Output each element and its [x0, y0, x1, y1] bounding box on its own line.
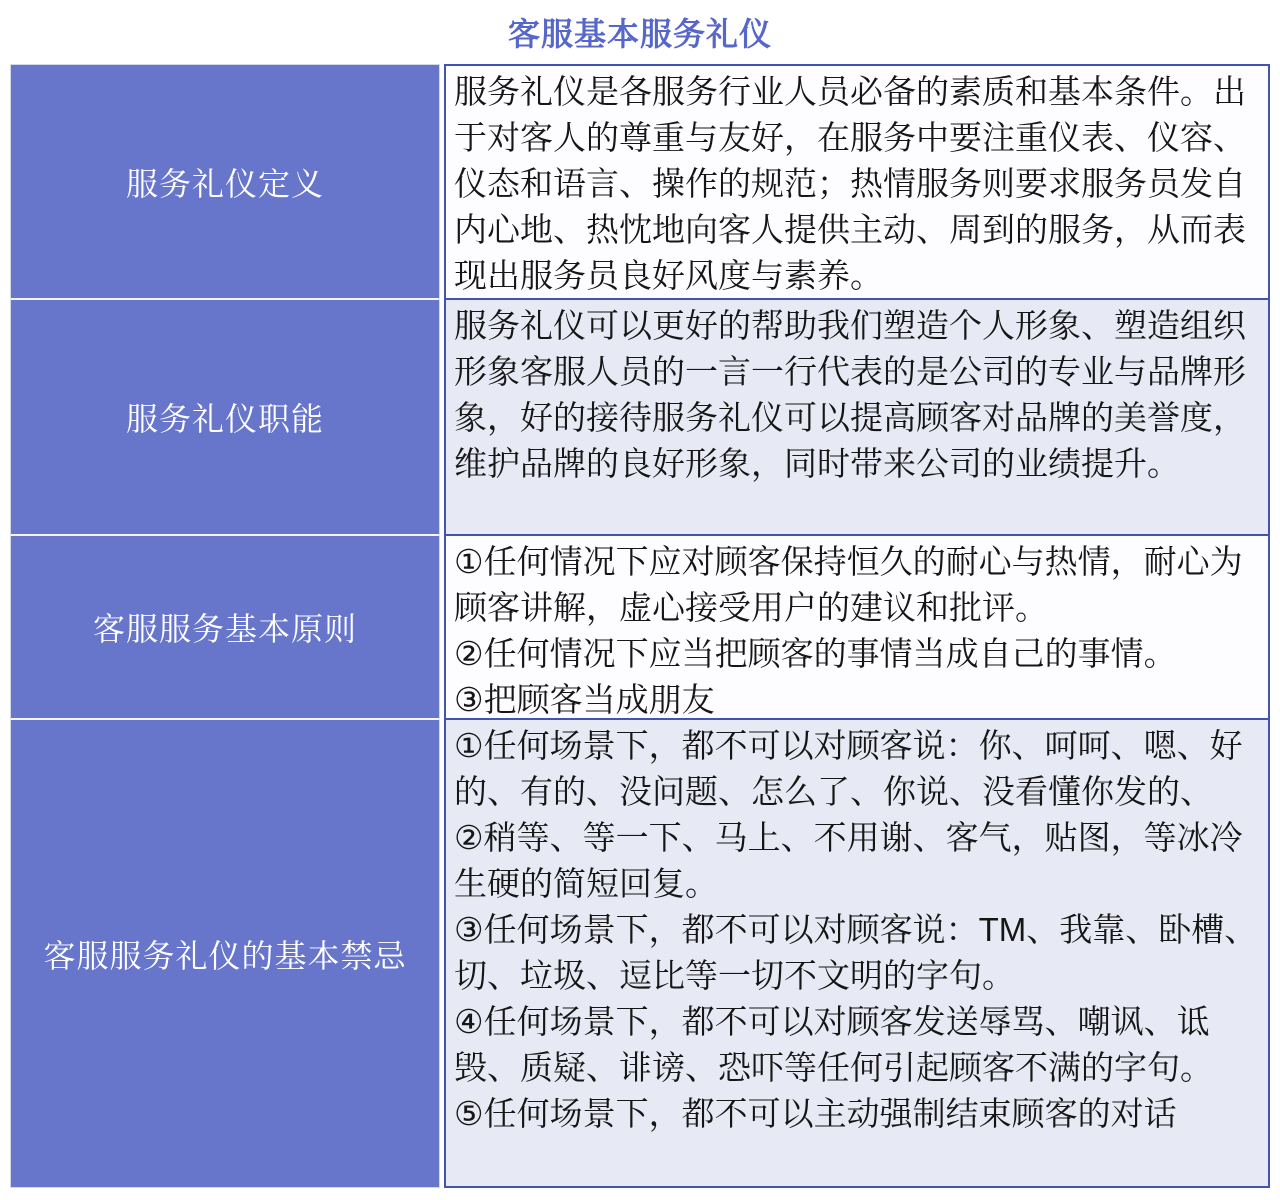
content-paragraph: ①任何场景下，都不可以对顾客说：你、呵呵、嗯、好的、有的、没问题、怎么了、你说、…	[454, 723, 1260, 815]
content-paragraph: 服务礼仪是各服务行业人员必备的素质和基本条件。出于对客人的尊重与友好，在服务中要…	[454, 69, 1260, 299]
content-paragraph: ③任何场景下，都不可以对顾客说：TM、我靠、卧槽、切、垃圾、逗比等一切不文明的字…	[454, 907, 1260, 999]
row-content-basic-principles: ①任何情况下应对顾客保持恒久的耐心与热情，耐心为顾客讲解，虚心接受用户的建议和批…	[444, 536, 1270, 720]
row-label-service-etiquette-definition: 服务礼仪定义	[10, 64, 440, 300]
row-label-basic-taboos: 客服服务礼仪的基本禁忌	[10, 720, 440, 1188]
etiquette-table: 服务礼仪定义 服务礼仪是各服务行业人员必备的素质和基本条件。出于对客人的尊重与友…	[10, 64, 1270, 1188]
row-content-service-etiquette-definition: 服务礼仪是各服务行业人员必备的素质和基本条件。出于对客人的尊重与友好，在服务中要…	[444, 64, 1270, 300]
content-paragraph: ②任何情况下应当把顾客的事情当成自己的事情。	[454, 631, 1260, 677]
page-title: 客服基本服务礼仪	[0, 0, 1280, 64]
content-paragraph: ③把顾客当成朋友	[454, 677, 1260, 720]
row-label-basic-principles: 客服服务基本原则	[10, 536, 440, 720]
content-paragraph: 服务礼仪可以更好的帮助我们塑造个人形象、塑造组织形象客服人员的一言一行代表的是公…	[454, 303, 1260, 487]
content-paragraph: ②稍等、等一下、马上、不用谢、客气，贴图，等冰冷生硬的简短回复。	[454, 815, 1260, 907]
row-content-service-etiquette-function: 服务礼仪可以更好的帮助我们塑造个人形象、塑造组织形象客服人员的一言一行代表的是公…	[444, 300, 1270, 536]
content-paragraph: ①任何情况下应对顾客保持恒久的耐心与热情，耐心为顾客讲解，虚心接受用户的建议和批…	[454, 539, 1260, 631]
row-label-service-etiquette-function: 服务礼仪职能	[10, 300, 440, 536]
row-content-basic-taboos: ①任何场景下，都不可以对顾客说：你、呵呵、嗯、好的、有的、没问题、怎么了、你说、…	[444, 720, 1270, 1188]
content-paragraph: ④任何场景下，都不可以对顾客发送辱骂、嘲讽、诋毁、质疑、诽谤、恐吓等任何引起顾客…	[454, 999, 1260, 1091]
content-paragraph: ⑤任何场景下，都不可以主动强制结束顾客的对话	[454, 1091, 1260, 1137]
document-page: 客服基本服务礼仪 服务礼仪定义 服务礼仪是各服务行业人员必备的素质和基本条件。出…	[0, 0, 1280, 1200]
